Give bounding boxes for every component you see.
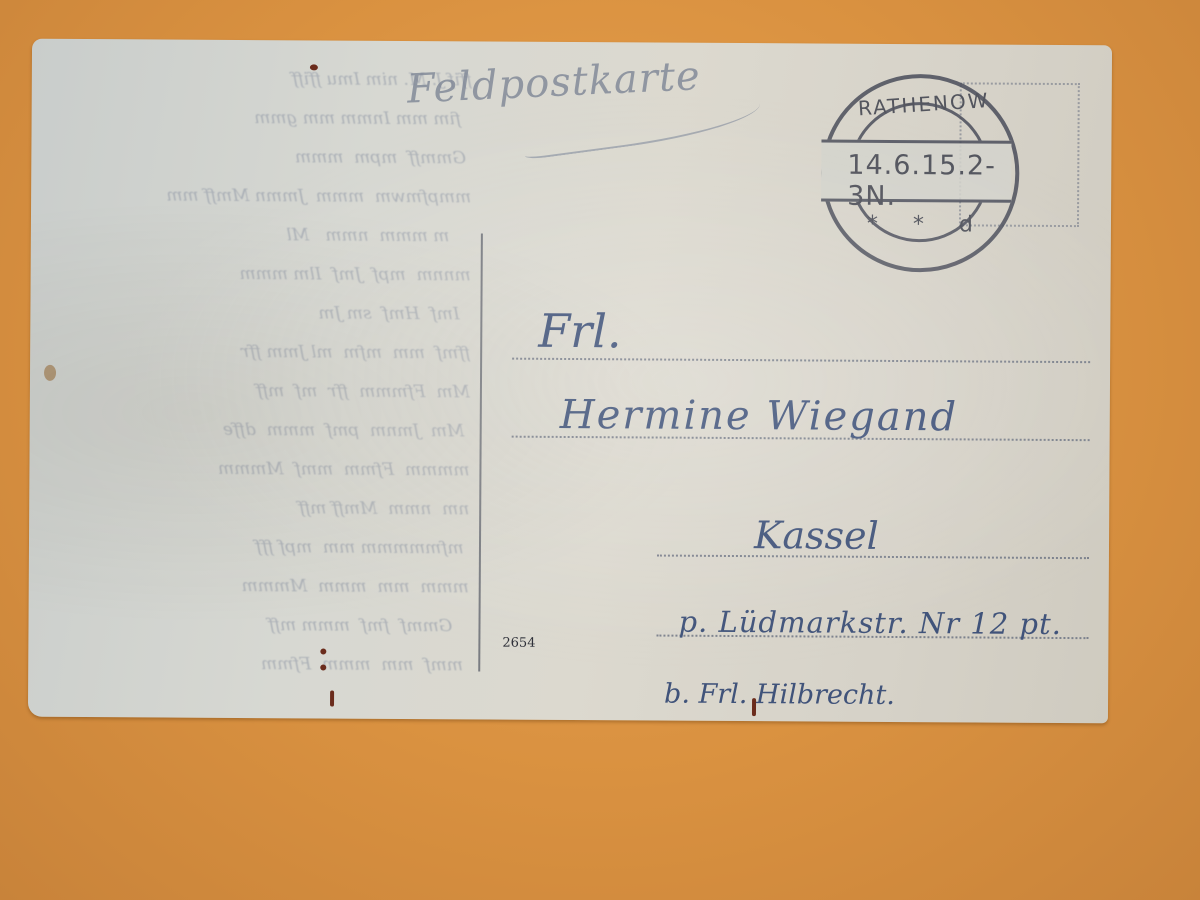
postcard: ffif J. M. nim Imu ffiff fim mm Inmm mm …	[28, 39, 1112, 724]
address-salutation: Frl.	[538, 304, 622, 359]
postmark-town: RATHENOW	[853, 88, 994, 121]
stain-spot	[752, 698, 756, 716]
address-street: p. Lüdmarkstr. Nr 12 pt.	[678, 605, 1062, 641]
message-address-divider	[478, 233, 483, 671]
postmark-date: 14.6.15.2-3N.	[847, 150, 1015, 213]
address-line-1	[512, 358, 1090, 364]
stain-spot	[330, 691, 334, 707]
edge-wear	[44, 365, 56, 381]
address-recipient-name: Hermine Wiegand	[560, 392, 959, 440]
stain-spot	[320, 664, 326, 670]
bleed-through-handwriting: ffif J. M. nim Imu ffiff fim mm Inmm mm …	[48, 59, 472, 702]
address-city: Kassel	[754, 513, 879, 558]
postmark-star-marks: * * d	[867, 212, 987, 238]
postmark: RATHENOW 14.6.15.2-3N. * * d	[821, 74, 1020, 273]
stain-spot	[320, 648, 326, 654]
address-care-of: b. Frl. Hilbrecht.	[664, 679, 895, 711]
stain-spot	[310, 64, 318, 70]
card-number: 2654	[502, 636, 535, 651]
